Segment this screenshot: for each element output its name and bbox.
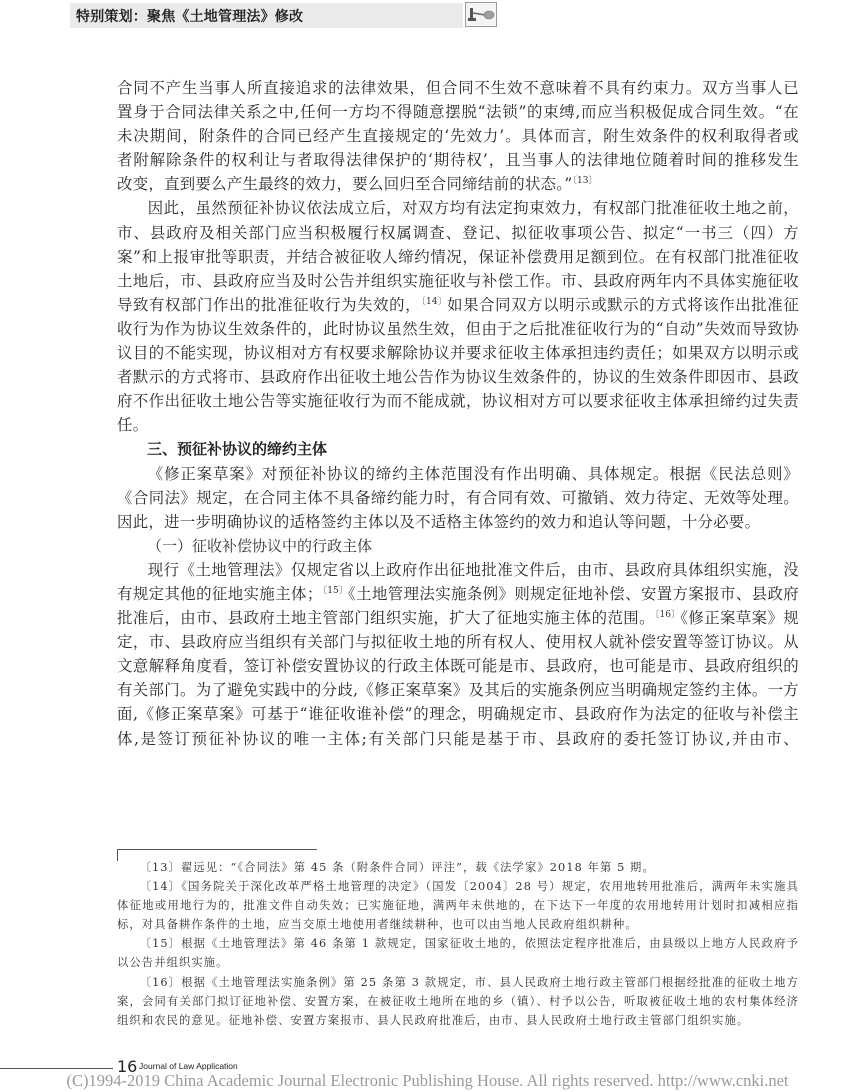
running-header: 特别策划：聚焦《土地管理法》修改: [70, 3, 463, 28]
footnote-ref-13[interactable]: 〔13〕: [573, 176, 598, 186]
section-heading-3: 三、预征补协议的缔约主体: [117, 437, 799, 461]
footnote-ref-15[interactable]: 〔15〕: [323, 586, 348, 596]
paragraph-1-last-line: 改变，直到要么产生最终的效力，要么回归至合同缔结前的状态。”〔13〕: [117, 172, 799, 196]
paragraph-2: 因此，虽然预征补协议依法成立后，对双方均有法定拘束效力，有权部门批准征收土地之前…: [117, 196, 799, 437]
footnote-16: 〔16〕根据《土地管理法实施条例》第 25 条第 3 款规定，市、县人民政府土地…: [117, 973, 799, 1030]
paragraph-1-line: 合同不产生当事人所直接追求的法律效果，但合同不生效不意味着不具有约束力。双方当事…: [117, 76, 799, 100]
footnote-15: 〔15〕根据《土地管理法》第 46 条第 1 款规定，国家征收土地的，依照法定程…: [117, 934, 799, 972]
paragraph-text: 改变，直到要么产生最终的效力，要么回归至合同缔结前的状态。”: [117, 175, 573, 193]
footnotes: 〔13〕翟远见：“《合同法》第 45 条（附条件合同）评注”，载《法学家》201…: [117, 858, 799, 1030]
paragraph-1-line: 者附解除条件的权利让与者取得法律保护的‘期待权’，且当事人的法律地位随着时间的推…: [117, 148, 799, 172]
subsection-heading-1: （一）征收补偿协议中的行政主体: [117, 534, 799, 558]
copyright-watermark: (C)1994-2019 China Academic Journal Elec…: [0, 1071, 855, 1091]
journal-name: Journal of Law Application: [139, 1061, 238, 1071]
footnote-ref-16[interactable]: 〔16〕: [655, 610, 680, 620]
article-body: 合同不产生当事人所直接追求的法律效果，但合同不生效不意味着不具有约束力。双方当事…: [117, 76, 799, 751]
gavel-and-globe-icon: [465, 2, 497, 27]
footnote-divider: [117, 849, 317, 850]
footnote-14: 〔14〕《国务院关于深化改革严格土地管理的决定》（国发〔2004〕28 号）规定…: [117, 877, 799, 934]
footer-divider: [0, 1068, 113, 1069]
paragraph-4: 现行《土地管理法》仅规定省以上政府作出征地批准文件后，由市、县政府具体组织实施，…: [117, 558, 799, 751]
section-title: 特别策划：聚焦《土地管理法》修改: [70, 6, 303, 26]
paragraph-text: 如果合同双方以明示或默示的方式将该作出批准征收行为作为协议生效条件的，此时协议虽…: [117, 296, 799, 434]
footnote-13: 〔13〕翟远见：“《合同法》第 45 条（附条件合同）评注”，载《法学家》201…: [117, 858, 799, 877]
paragraph-3: 《修正案草案》对预征补协议的缔约主体范围没有作出明确、具体规定。根据《民法总则》…: [117, 462, 799, 534]
footnote-ref-14[interactable]: 〔14〕: [421, 297, 447, 307]
paragraph-1-line: 未决期间，附条件的合同已经产生直接规定的‘先效力’。具体而言，附生效条件的权利取…: [117, 124, 799, 148]
paragraph-text: 《修正案草案》规定，市、县政府应当组织有关部门与拟征收土地的所有权人、使用权人就…: [117, 609, 799, 747]
paragraph-1-line: 置身于合同法律关系之中,任何一方均不得随意摆脱“法锁”的束缚,而应当积极促成合同…: [117, 100, 799, 124]
